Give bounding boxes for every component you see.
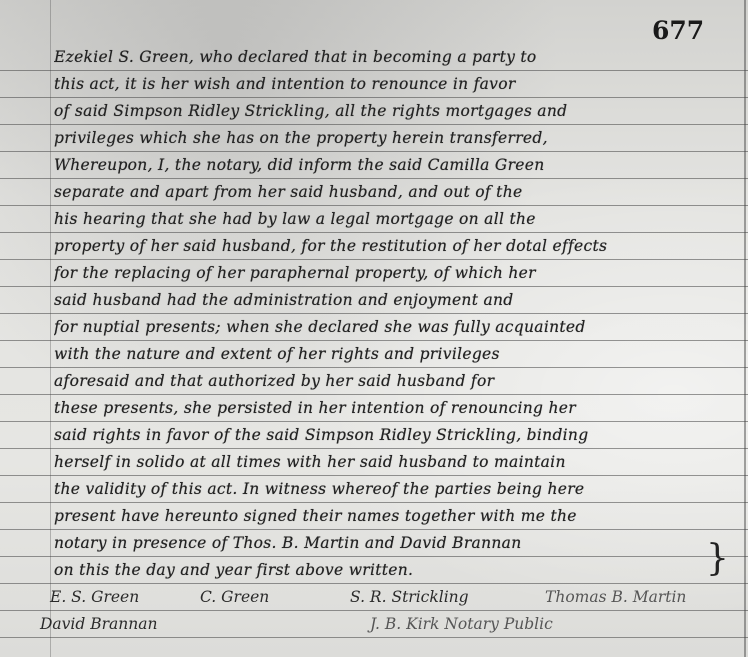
signature-e-s-green: E. S. Green [50, 588, 139, 612]
text-line: his hearing that she had by law a legal … [54, 210, 742, 234]
signature-thomas-b-martin: Thomas B. Martin [545, 588, 686, 612]
signature-c-green: C. Green [200, 588, 269, 612]
text-line: said rights in favor of the said Simpson… [54, 426, 742, 450]
text-line: these presents, she persisted in her int… [54, 399, 742, 423]
page-edge-line [744, 0, 746, 657]
text-line: said husband had the administration and … [54, 291, 742, 315]
text-line: with the nature and extent of her rights… [54, 345, 742, 369]
margin-line [50, 0, 51, 657]
signature-notary-public: J. B. Kirk Notary Public [370, 615, 553, 639]
document-page: 677 Ezekiel S. Green, who declared that … [0, 0, 748, 657]
text-line: herself in solido at all times with her … [54, 453, 742, 477]
text-line: separate and apart from her said husband… [54, 183, 742, 207]
text-line: present have hereunto signed their names… [54, 507, 742, 531]
text-line: this act, it is her wish and intention t… [54, 75, 742, 99]
bracket-mark: } [706, 538, 729, 579]
text-line: of said Simpson Ridley Strickling, all t… [54, 102, 742, 126]
signature-david-brannan: David Brannan [40, 615, 157, 639]
text-line: Ezekiel S. Green, who declared that in b… [54, 48, 742, 72]
text-line: aforesaid and that authorized by her sai… [54, 372, 742, 396]
text-line: property of her said husband, for the re… [54, 237, 742, 261]
signature-s-r-strickling: S. R. Strickling [350, 588, 469, 612]
text-line: for the replacing of her paraphernal pro… [54, 264, 742, 288]
page-number: 677 [652, 16, 704, 45]
text-line: the validity of this act. In witness whe… [54, 480, 742, 504]
text-line: Whereupon, I, the notary, did inform the… [54, 156, 742, 180]
text-line: on this the day and year first above wri… [54, 561, 742, 585]
text-line: notary in presence of Thos. B. Martin an… [54, 534, 742, 558]
text-line: privileges which she has on the property… [54, 129, 742, 153]
text-line: for nuptial presents; when she declared … [54, 318, 742, 342]
